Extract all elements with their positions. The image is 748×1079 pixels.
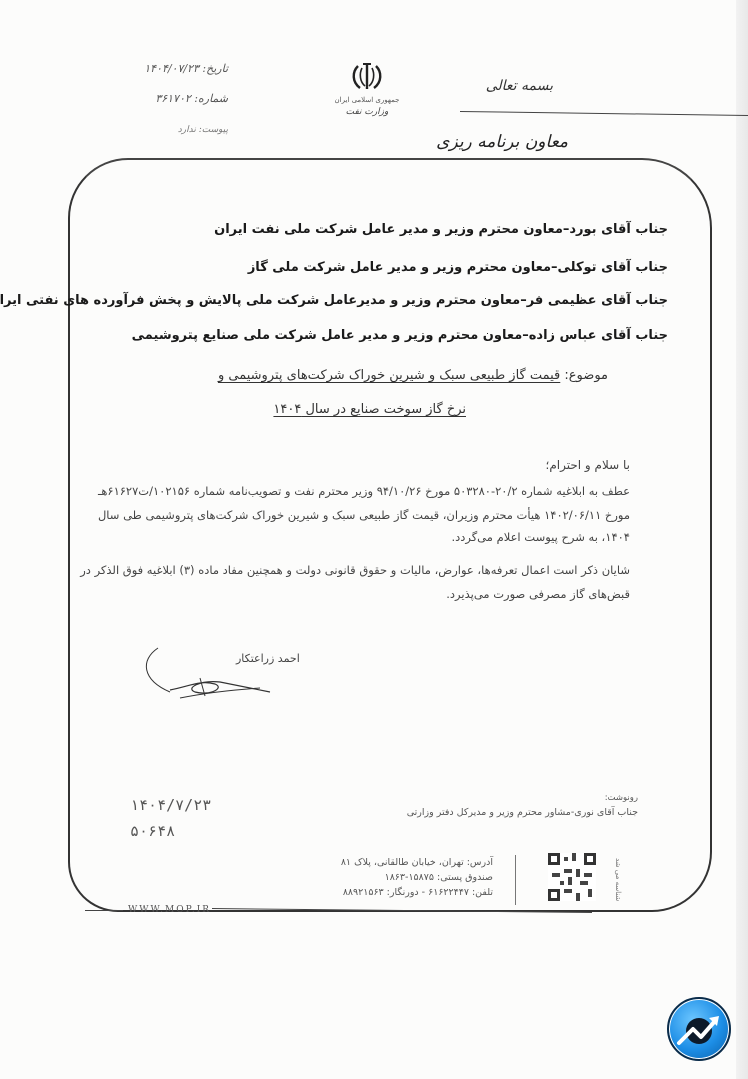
addressee-3: جناب آقای عظیمی فر–معاون محترم وزیر و مد…: [0, 293, 668, 308]
watermark-badge: [667, 997, 731, 1061]
attachment-value: ندارد: [178, 125, 196, 135]
subject-text-1: قیمت گاز طبیعی سبک و شیرین خوراک شرکت‌ها…: [218, 368, 560, 383]
letter-page: تاریخ: ۱۴۰۴/۰۷/۲۳ شماره: ۳۶۱۷۰۲ پیوست: ن…: [0, 0, 748, 1079]
footer-phone: تلفن: ۶۱۶۲۲۴۴۷ - دورنگار: ۸۸۹۲۱۵۶۳: [343, 887, 493, 898]
para2-line2: قبض‌های گاز مصرفی صورت می‌پذیرد.: [446, 587, 630, 601]
date-field: تاریخ: ۱۴۰۴/۰۷/۲۳: [144, 62, 228, 75]
handwritten-number: ۵۰۶۴۸: [130, 822, 175, 840]
attachment-label: پیوست:: [199, 125, 228, 135]
cc-recipient: جناب آقای نوری-مشاور محترم وزیر و مدیرکل…: [407, 807, 638, 818]
emblem-ministry-text: وزارت نفت: [330, 107, 404, 117]
number-value: ۳۶۱۷۰۲: [155, 92, 190, 105]
iran-emblem-icon: [350, 60, 384, 94]
number-label: شماره:: [194, 92, 228, 105]
attachment-field: پیوست: ندارد: [178, 125, 228, 135]
addressee-2: جناب آقای توکلی–معاون محترم وزیر و مدیر …: [248, 260, 668, 275]
qr-code-icon[interactable]: [548, 853, 596, 901]
subject-label: موضوع:: [564, 368, 608, 383]
emblem-country-text: جمهوری اسلامی ایران: [330, 96, 404, 104]
para2-line1: شایان ذکر است اعمال تعرفه‌ها، عوارض، مال…: [80, 563, 630, 577]
website-link[interactable]: WWW.MOP.IR: [128, 905, 211, 915]
cc-title: رونوشت:: [605, 793, 638, 803]
subject-text-2: نرخ گاز سوخت صنایع در سال ۱۴۰۴: [273, 402, 466, 417]
number-field: شماره: ۳۶۱۷۰۲: [155, 92, 228, 105]
addressee-1: جناب آقای بورد–معاون محترم وزیر و مدیر ع…: [214, 222, 668, 237]
addressee-4: جناب آقای عباس زاده–معاون محترم وزیر و م…: [132, 328, 668, 343]
footer-address: آدرس: تهران، خیابان طالقانی، پلاک ۸۱: [341, 857, 493, 868]
scan-edge: [736, 0, 748, 1079]
footer-divider: [515, 855, 516, 905]
subject-line-2: نرخ گاز سوخت صنایع در سال ۱۴۰۴: [273, 402, 466, 417]
header-rule: [460, 111, 748, 116]
footer-pobox: صندوق پستی: ۱۵۸۷۵-۱۸۶۳: [385, 872, 493, 883]
date-label: تاریخ:: [202, 62, 228, 75]
para1-line2: مورخ ۱۴۰۲/۰۶/۱۱ هیأت محترم وزیران، قیمت …: [98, 508, 630, 522]
website-rule-left: [85, 910, 123, 911]
para1-line3: ۱۴۰۴، به شرح پیوست اعلام می‌گردد.: [451, 530, 630, 544]
date-value: ۱۴۰۴/۰۷/۲۳: [144, 62, 199, 75]
greeting: با سلام و احترام؛: [546, 458, 630, 472]
handwritten-date: ۱۴۰۴/۷/۲۳: [130, 796, 211, 814]
trend-arrow-icon: [669, 999, 729, 1059]
qr-label: شناسه می‌ شد: [612, 855, 622, 901]
bismillah: بسمه تعالی: [486, 78, 553, 94]
signature-scribble-icon: [130, 640, 290, 710]
subject-line-1: موضوع: قیمت گاز طبیعی سبک و شیرین خوراک …: [218, 368, 608, 383]
para1-line1: عطف به ابلاغیه شماره ۲۰/۲-۵۰۳۲۸۰ مورخ ۹۴…: [98, 484, 630, 498]
department-title: معاون برنامه ریزی: [436, 132, 568, 152]
